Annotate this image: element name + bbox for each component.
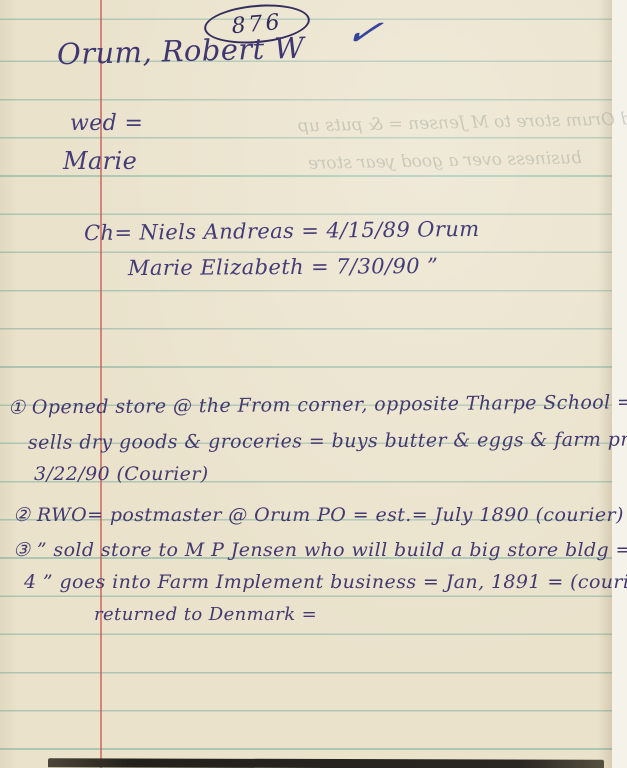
note-line-2: ② RWO= postmaster @ Orum PO = est.= July… xyxy=(13,504,624,526)
note-line-1a: ① Opened store @ the From corner, opposi… xyxy=(8,391,627,418)
notebook-page: 1890= sold Orum store to M Jensen = & pu… xyxy=(0,0,612,768)
children-line-2: Marie Elizabeth = 7/30/90 ” xyxy=(128,254,438,280)
bleed-through-line: business over a good year store xyxy=(308,148,582,174)
scan-edge-shadow xyxy=(48,758,604,768)
note-line-1c: 3/22/90 (Courier) xyxy=(34,463,209,485)
person-name: Orum, Robert W xyxy=(57,31,305,71)
checkmark-icon: ✓ xyxy=(340,9,388,57)
note-line-5: returned to Denmark = xyxy=(94,604,317,625)
note-line-3: ③ ” sold store to M P Jensen who will bu… xyxy=(13,539,627,561)
note-line-4: 4 ” goes into Farm Implement business = … xyxy=(24,571,627,593)
note-line-1b: sells dry goods & groceries = buys butte… xyxy=(28,428,627,453)
spouse-name: Marie xyxy=(63,147,137,175)
wed-label: wed = xyxy=(70,111,143,136)
children-line-1: Ch= Niels Andreas = 4/15/89 Orum xyxy=(84,217,480,245)
bleed-through-line: 1890= sold Orum store to M Jensen = & pu… xyxy=(298,108,627,137)
